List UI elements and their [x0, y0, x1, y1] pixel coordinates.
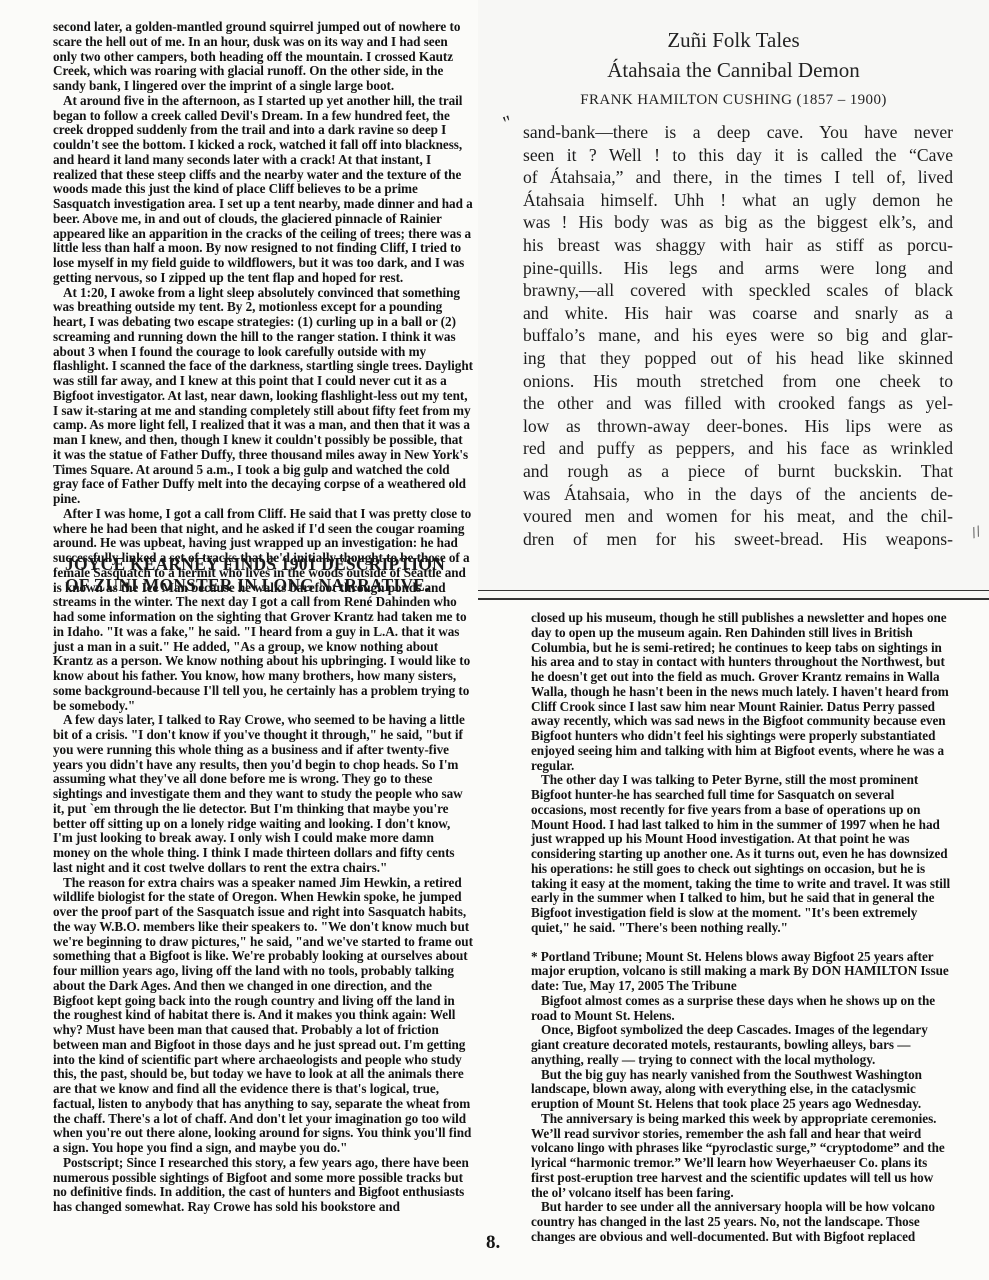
paragraph: The anniversary is being marked this wee… [531, 1112, 951, 1201]
headline-line: OF ZUNI MONSTER IN LONG NARRATIVE. [65, 575, 485, 596]
paragraph: Bigfoot almost comes as a surprise these… [531, 994, 951, 1024]
clipping-title: Zuñi Folk Tales [478, 28, 989, 53]
zuni-folk-tale-clipping: Zuñi Folk Tales Átahsaia the Cannibal De… [478, 0, 989, 600]
clipping-line: dren of men for his sweet-bread. His wea… [523, 528, 953, 551]
divider-rule [478, 598, 989, 600]
paragraph: At 1:20, I awoke from a light sleep abso… [53, 286, 473, 507]
paragraph: The other day I was talking to Peter Byr… [531, 773, 951, 935]
paragraph: But the big guy has nearly vanished from… [531, 1068, 951, 1112]
clipping-line: brawny,—all covered with speckled scales… [523, 279, 953, 302]
clipping-line: red and puffy as peppers, and his face a… [523, 437, 953, 460]
clipping-line: seen it ? Well ! to this day it is calle… [523, 144, 953, 167]
clipping-line: Átahsaia himself. Uhh ! what an ugly dem… [523, 189, 953, 212]
clipping-line: and rough as a piece of burnt buckskin. … [523, 460, 953, 483]
clipping-line: pine-quills. His legs and arms were long… [523, 257, 953, 280]
paragraph: At around five in the afternoon, as I st… [53, 94, 473, 286]
clipping-line: was Átahsaia, who in the days of the anc… [523, 483, 953, 506]
clipping-line: and white. His hair was coarse and snarl… [523, 302, 953, 325]
paragraph: A few days later, I talked to Ray Crowe,… [53, 713, 473, 875]
paragraph: second later, a golden-mantled ground sq… [53, 20, 473, 94]
clipping-line: of Átahsaia,” and there, in the times I … [523, 166, 953, 189]
close-quote-mark-icon: // [969, 523, 984, 543]
paragraph: Postscript; Since I researched this stor… [53, 1156, 473, 1215]
citation: * Portland Tribune; Mount St. Helens blo… [531, 950, 951, 994]
clipping-line: ing that they popped out of his head lik… [523, 347, 953, 370]
left-article-column: second later, a golden-mantled ground sq… [53, 20, 473, 1215]
clipping-author: FRANK HAMILTON CUSHING (1857 – 1900) [478, 92, 989, 109]
clipping-line: low as thrown-away deer-bones. His lips … [523, 415, 953, 438]
page-number: 8. [486, 1232, 500, 1254]
paragraph: Once, Bigfoot symbolized the deep Cascad… [531, 1023, 951, 1067]
paragraph: After I was home, I got a call from Clif… [53, 507, 473, 714]
clipping-line: the other and was filled with crooked fa… [523, 392, 953, 415]
clipping-line: buffalo’s mane, and his eyes were so big… [523, 324, 953, 347]
clipping-line: was ! His body was as big as the biggest… [523, 211, 953, 234]
clipping-subtitle: Átahsaia the Cannibal Demon [478, 58, 989, 83]
clipping-line: voured men and women for his meat, and t… [523, 505, 953, 528]
headline-line: JOYCE KEARNEY FINDS 1901 DESCRIPTION [65, 554, 485, 575]
right-article-column: closed up his museum, though he still pu… [531, 611, 951, 1245]
clipping-body: sand-bank—there is a deep cave. You have… [523, 121, 953, 550]
paragraph: closed up his museum, though he still pu… [531, 611, 951, 773]
clipping-headline: JOYCE KEARNEY FINDS 1901 DESCRIPTION OF … [65, 554, 485, 596]
divider-rule [478, 590, 989, 591]
clipping-line: onions. His mouth stretched from one che… [523, 370, 953, 393]
clipping-line: his breast was shaggy with hair as stiff… [523, 234, 953, 257]
open-quote-mark-icon: " [500, 111, 516, 135]
clipping-line: sand-bank—there is a deep cave. You have… [523, 121, 953, 144]
paragraph: But harder to see under all the annivers… [531, 1200, 951, 1244]
paragraph: The reason for extra chairs was a speake… [53, 876, 473, 1156]
